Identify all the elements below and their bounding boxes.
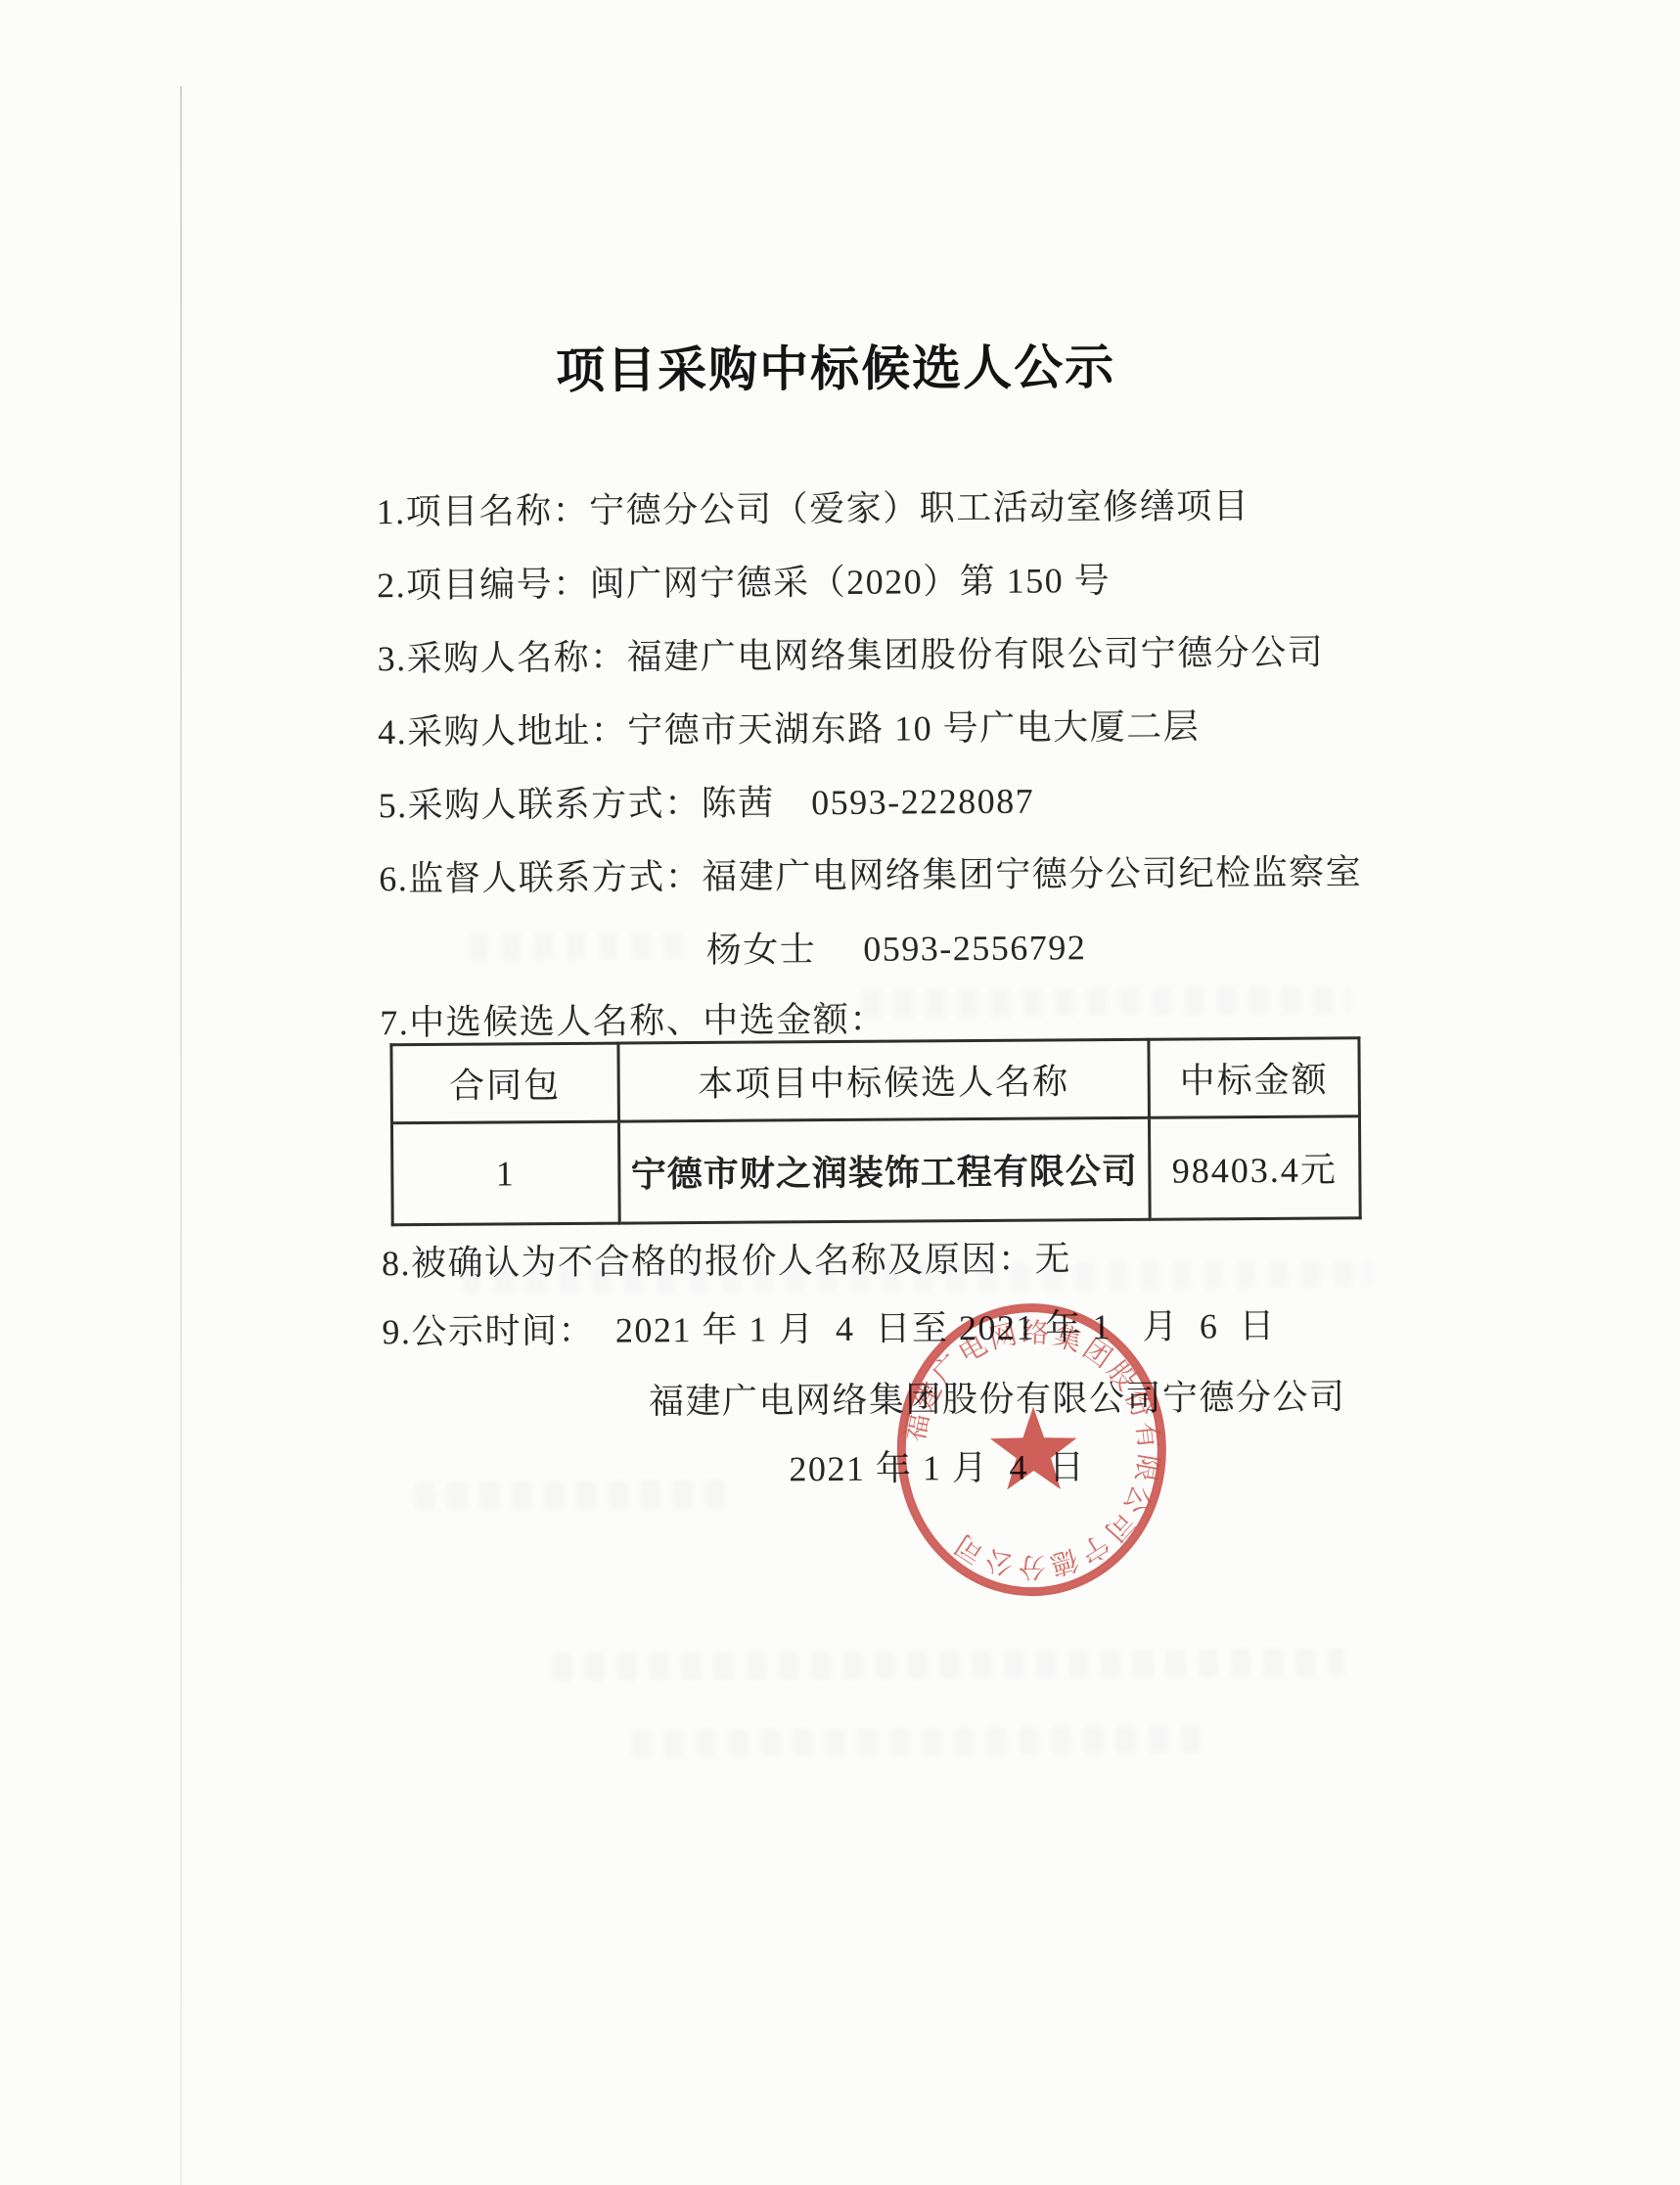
seal-star bbox=[990, 1406, 1077, 1489]
item-purchaser-contact: 5.采购人联系方式：陈茜 0593-2228087 bbox=[379, 782, 1035, 827]
item-supervisor-contact: 6.监督人联系方式：福建广电网络集团宁德分公司纪检监察室 bbox=[379, 852, 1362, 899]
item-project-number: 2.项目编号：闽广网宁德采（2020）第 150 号 bbox=[377, 561, 1111, 607]
bleed-through-smudge bbox=[470, 933, 695, 962]
page-content: 项目采购中标候选人公示 1.项目名称：宁德分公司（爱家）职工活动室修缮项目 2.… bbox=[0, 0, 1680, 2185]
cell-bid-amount: 98403.4元 bbox=[1149, 1116, 1360, 1219]
item-purchaser-address: 4.采购人地址：宁德市天湖东路 10 号广电大厦二层 bbox=[378, 706, 1200, 752]
bleed-through-smudge bbox=[415, 1480, 738, 1510]
scanned-document-page: 项目采购中标候选人公示 1.项目名称：宁德分公司（爱家）职工活动室修缮项目 2.… bbox=[0, 0, 1680, 2185]
table-header-package: 合同包 bbox=[391, 1043, 619, 1123]
official-seal: 福建广电网络集团股份有限公司宁德分公司 bbox=[884, 1293, 1179, 1608]
item-candidates-heading: 7.中选候选人名称、中选金额： bbox=[380, 1000, 886, 1044]
table-header-candidate: 本项目中标候选人名称 bbox=[618, 1039, 1150, 1121]
bleed-through-smudge bbox=[631, 1725, 1208, 1756]
bleed-through-smudge bbox=[462, 1260, 1372, 1294]
bleed-through-smudge bbox=[861, 986, 1350, 1017]
table-header-amount: 中标金额 bbox=[1149, 1038, 1360, 1117]
table-row: 1 宁德市财之润装饰工程有限公司 98403.4元 bbox=[391, 1116, 1360, 1225]
table-header-row: 合同包 本项目中标候选人名称 中标金额 bbox=[391, 1038, 1360, 1123]
item-project-name: 1.项目名称：宁德分公司（爱家）职工活动室修缮项目 bbox=[376, 486, 1249, 533]
item-supervisor-contact-person: 杨女士 0593-2556792 bbox=[706, 928, 1087, 971]
cell-package-number: 1 bbox=[391, 1121, 619, 1225]
document-title: 项目采购中标候选人公示 bbox=[0, 324, 1676, 406]
bid-result-table: 合同包 本项目中标候选人名称 中标金额 1 宁德市财之润装饰工程有限公司 984… bbox=[389, 1036, 1361, 1226]
bleed-through-smudge bbox=[553, 1648, 1345, 1681]
item-purchaser-name: 3.采购人名称：福建广电网络集团股份有限公司宁德分公司 bbox=[378, 633, 1325, 680]
cell-candidate-name: 宁德市财之润装饰工程有限公司 bbox=[618, 1117, 1150, 1223]
